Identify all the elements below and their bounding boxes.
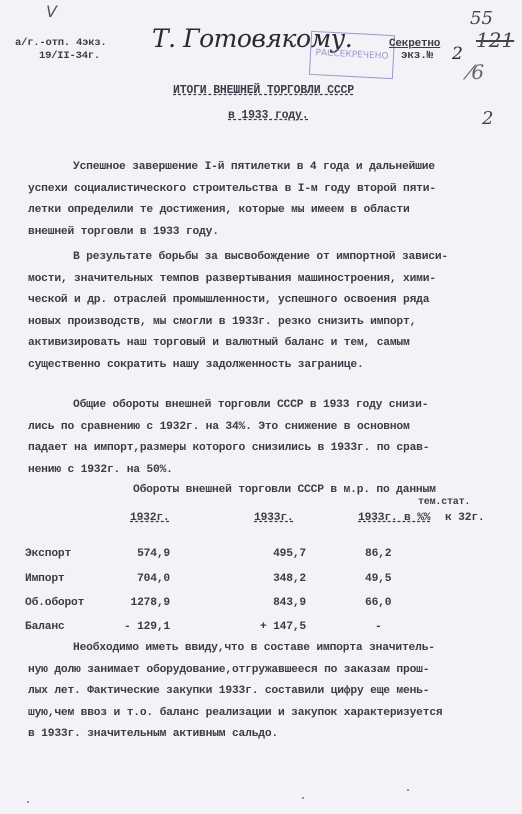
column-header-1933: 1933г.: [254, 512, 293, 524]
copy-number: 2: [452, 44, 463, 64]
distribution-note: а/г.-отп. 4экз.: [15, 37, 107, 49]
table-row: Экспорт 574,9 495,7 86,2: [0, 548, 522, 568]
document-date: 19/II-34г.: [39, 50, 100, 62]
table-caption: Обороты внешней торговли СССР в м.р. по …: [133, 484, 436, 496]
paper-speck: [407, 789, 409, 791]
copy-label: экз.№: [401, 50, 433, 62]
paragraph-4: Необходимо иметь ввиду,что в составе имп…: [28, 638, 508, 746]
struck-page-number: 121: [476, 28, 514, 52]
paper-speck: [27, 801, 29, 803]
paper-speck: [302, 797, 304, 799]
declassified-stamp: РАССЕКРЕЧЕНО: [309, 31, 395, 79]
table-row: Импорт 704,0 348,2 49,5: [0, 573, 522, 593]
secret-label: Секретно: [389, 38, 440, 50]
column-header-1932: 1932г.: [130, 512, 169, 524]
document-title: ИТОГИ ВНЕШНЕЙ ТОРГОВЛИ СССР: [173, 84, 354, 97]
column-header-percent-suffix: к 32г.: [445, 512, 484, 524]
check-mark: V: [46, 2, 57, 21]
archive-page-number: 55: [470, 8, 493, 29]
margin-annotation-number: 2: [482, 108, 493, 129]
paragraph-1: Успешное завершение I-й пятилетки в 4 го…: [28, 157, 508, 243]
table-row: Об.оборот 1278,9 843,9 66,0: [0, 597, 522, 617]
stamp-text: РАССЕКРЕЧЕНО: [315, 48, 388, 62]
paragraph-2: В результате борьбы за высвобождение от …: [28, 247, 508, 376]
table-caption-source: тем.стат.: [418, 497, 470, 508]
margin-annotation: ⁄6: [468, 60, 484, 84]
paragraph-3: Общие обороты внешней торговли СССР в 19…: [28, 395, 508, 481]
column-header-percent: 1933г. в %%: [358, 512, 430, 524]
document-page: V а/г.-отп. 4экз. 19/II-34г. Т. Готовяко…: [0, 0, 522, 814]
document-subtitle: в 1933 году.: [228, 109, 308, 122]
